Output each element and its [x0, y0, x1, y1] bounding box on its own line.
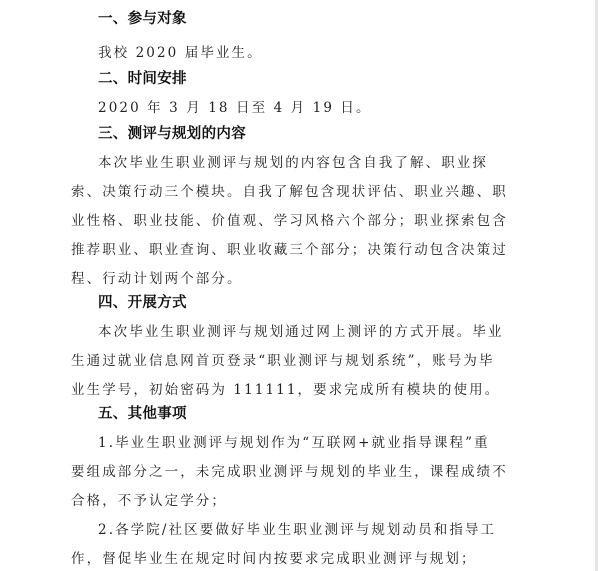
section-heading-schedule: 二、时间安排	[98, 67, 187, 88]
paragraph-line: 作，督促毕业生在规定时间内按要求完成职业测评与规划；	[71, 547, 477, 567]
paragraph-line: 业性格、职业技能、价值观、学习风格六个部分；职业探索包含	[71, 209, 508, 229]
paragraph-line: 要组成部分之一，未完成职业测评与规划的毕业生，课程成绩不	[71, 460, 508, 480]
section-heading-participants: 一、参与对象	[98, 7, 187, 28]
section-heading-other: 五、其他事项	[98, 402, 187, 423]
paragraph-line: 本次毕业生职业测评与规划通过网上测评的方式开展。毕业	[98, 320, 504, 340]
paragraph-line: 我校 2020 届毕业生。	[98, 41, 263, 61]
paragraph-line: 合格，不予认定学分；	[71, 489, 227, 509]
section-heading-method: 四、开展方式	[98, 291, 187, 312]
paragraph-line: 推荐职业、职业查询、职业收藏三个部分；决策行动包含决策过	[71, 238, 508, 258]
paragraph-line: 程、行动计划两个部分。	[71, 267, 243, 287]
paragraph-line: 业生学号，初始密码为 111111，要求完成所有模块的使用。	[71, 378, 500, 398]
paragraph-line: 2020 年 3 月 18 日至 4 月 19 日。	[98, 96, 372, 116]
paragraph-line: 本次毕业生职业测评与规划的内容包含自我了解、职业探	[98, 151, 488, 171]
paragraph-line: 1.毕业生职业测评与规划作为“互联网+就业指导课程”重	[98, 431, 490, 451]
paragraph-line: 生通过就业信息网首页登录“职业测评与规划系统”，账号为毕	[71, 349, 495, 369]
document-page: 一、参与对象 我校 2020 届毕业生。 二、时间安排 2020 年 3 月 1…	[0, 0, 595, 571]
paragraph-line: 索、决策行动三个模块。自我了解包含现状评估、职业兴趣、职	[71, 180, 508, 200]
paragraph-line: 2.各学院/社区要做好毕业生职业测评与规划动员和指导工	[98, 518, 496, 538]
section-heading-content: 三、测评与规划的内容	[98, 122, 246, 143]
